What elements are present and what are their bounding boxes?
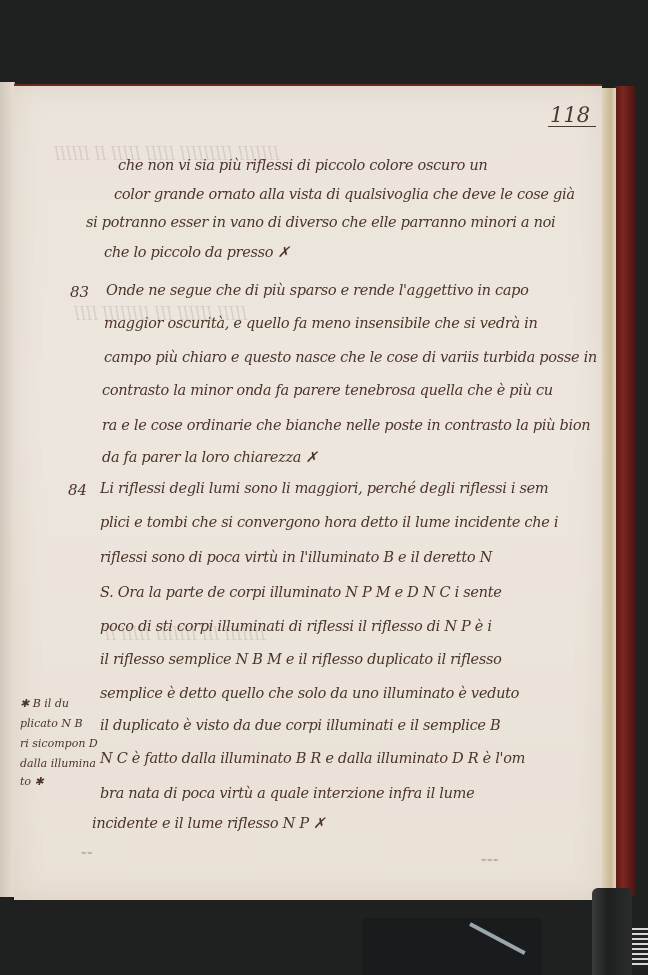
book-binding — [615, 86, 635, 896]
margin-annotation-line: ri sicompon D — [20, 737, 98, 750]
paragraph-number: 84 — [68, 481, 87, 499]
text-line: riflessi sono di poca virtù in l'illumin… — [100, 550, 492, 566]
text-line: il riflesso semplice N B M e il riflesso… — [100, 652, 502, 668]
text-line: che non vi sia più riflessi di piccolo c… — [118, 158, 487, 174]
text-line: incidente e il lume riflesso N P ✗ — [92, 816, 325, 832]
text-line: poco di sti corpi illuminati di riflessi… — [100, 619, 492, 635]
page-mark: ⌁⌁⌁ — [480, 855, 498, 866]
text-line: bra nata di poca virtù a quale interzion… — [100, 786, 474, 802]
margin-annotation-line: ✱ B il du — [20, 697, 69, 710]
margin-annotation-line: plicato N B — [20, 717, 83, 730]
text-line: maggior oscurità, e quello fa meno insen… — [104, 316, 538, 332]
text-line: Onde ne segue che di più sparso e rende … — [106, 283, 529, 299]
page-clip — [592, 888, 632, 975]
text-line: color grande ornato alla vista di qualsi… — [114, 187, 575, 203]
paragraph-number: 83 — [70, 283, 89, 301]
folio-number: 118 — [548, 104, 596, 127]
text-line: plici e tombi che si convergono hora det… — [100, 515, 558, 531]
text-line: semplice è detto quello che solo da uno … — [100, 686, 519, 702]
text-line: da fa parer la loro chiarezza ✗ — [102, 450, 317, 466]
margin-annotation-line: dalla illumina — [20, 757, 96, 770]
text-line: N C è fatto dalla illuminato B R e dalla… — [100, 751, 525, 767]
text-line: ra e le cose ordinarie che bianche nelle… — [102, 418, 590, 434]
text-line: si potranno esser in vano di diverso che… — [86, 215, 555, 231]
color-calibration-target — [632, 928, 648, 968]
text-line: Li riflessi degli lumi sono li maggiori,… — [100, 481, 548, 497]
text-line: S. Ora la parte de corpi illuminato N P … — [100, 585, 502, 601]
page-mark: ⌁⌁ — [80, 848, 92, 859]
facing-page-edge — [0, 82, 15, 897]
text-line: campo più chiaro e questo nasce che le c… — [104, 350, 597, 366]
text-line: contrasto la minor onda fa parere tenebr… — [102, 383, 553, 399]
text-line: il duplicato è visto da due corpi illumi… — [100, 718, 500, 734]
margin-annotation-line: to ✱ — [20, 775, 44, 788]
text-line: che lo piccolo da presso ✗ — [104, 245, 289, 261]
